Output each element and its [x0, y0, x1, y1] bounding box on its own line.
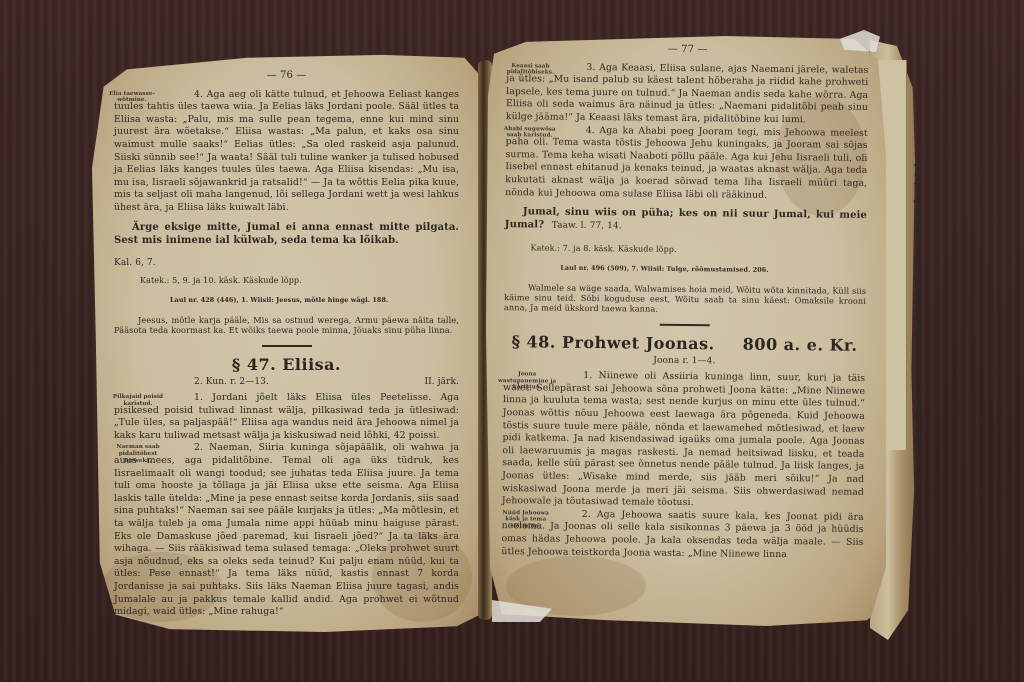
torn-paper-scrap — [840, 30, 880, 52]
page-number: — 77 — — [507, 42, 869, 58]
section-date: 800 a. e. Kr. — [743, 335, 858, 355]
paragraph-4: 4. Aga ka Ahabi poeg Jooram tegi, mis Je… — [505, 124, 868, 203]
loose-strip-text: Kog. Jumal, ei ma ... Sind mitte, kui Sa… — [904, 55, 934, 445]
section-divider — [262, 345, 312, 347]
hymn-header: Laul nr. 428 (446), 1. Wiisil: Jeesus, m… — [170, 294, 459, 307]
grade-label: II. järk. — [424, 376, 459, 389]
paragraph-5: 1. Niinewe oli Assiiria kuninga linn, su… — [502, 369, 865, 511]
left-page-content: — 76 — Elia taewasse- wõtmine. 4. Aga ae… — [114, 70, 459, 619]
paragraph-3: 3. Aga Keaasi, Eliisa sulane, ajas Naema… — [506, 61, 869, 128]
scripture-line: 2. Kun. r. 2—13. II. järk. — [114, 376, 459, 389]
section-title-text: § 48. Prohwet Joonas. — [512, 332, 715, 353]
section-divider — [660, 324, 710, 327]
section-title: § 47. Eliisa. — [114, 359, 459, 372]
paragraph-1: 1. Jordani jõelt läks Eliisa üles Peetel… — [114, 392, 459, 442]
hymn-header: Laul nr. 496 (509), 7. Wiisil: Tulge, rõ… — [560, 261, 866, 277]
catechism-line: Katek.: 7. ja 8. käsk. Käskude lõpp. — [530, 243, 866, 259]
paragraph-2: 2. Naeman, Siiria kuninga sõjapäälik, ol… — [114, 442, 459, 618]
verse-reference: Taaw. l. 77, 14. — [552, 221, 622, 232]
paragraph-elijah-ascension: 4. Aga aeg oli kätte tulnud, et Jehoowa … — [114, 89, 459, 215]
section-title: § 48. Prohwet Joonas. 800 a. e. Kr. — [504, 336, 866, 352]
page-number: — 76 — — [114, 70, 459, 83]
paragraph-6: 2. Aga Jehoowa saatis suure kala, kes Jo… — [501, 508, 864, 562]
left-page[interactable]: — 76 — Elia taewasse- wõtmine. 4. Aga ae… — [92, 52, 480, 632]
scripture-reference: Joona r. 1—4. — [503, 353, 865, 369]
scripture-reference: 2. Kun. r. 2—13. — [194, 376, 269, 389]
memory-verse: Ärge eksige mitte, Jumal ei anna ennast … — [114, 221, 459, 247]
right-page-content: — 77 — Keaasi saab pidalitõbiseks. 3. Ag… — [501, 42, 868, 562]
memory-verse: Jumal, sinu wiis on püha; kes on nii suu… — [505, 205, 867, 236]
hymn-text: Jeesus, mõtle karja pääle, Mis sa ostnud… — [114, 315, 459, 335]
hymn-text: Walmele sa wäge saada, Walwamises hoia m… — [504, 282, 866, 316]
verse-reference: Kal. 6, 7. — [114, 257, 459, 270]
right-page[interactable]: — 77 — Keaasi saab pidalitõbiseks. 3. Ag… — [486, 36, 886, 626]
catechism-line: Katek.: 5, 9. ja 10. käsk. Käskude lõpp. — [140, 275, 459, 288]
